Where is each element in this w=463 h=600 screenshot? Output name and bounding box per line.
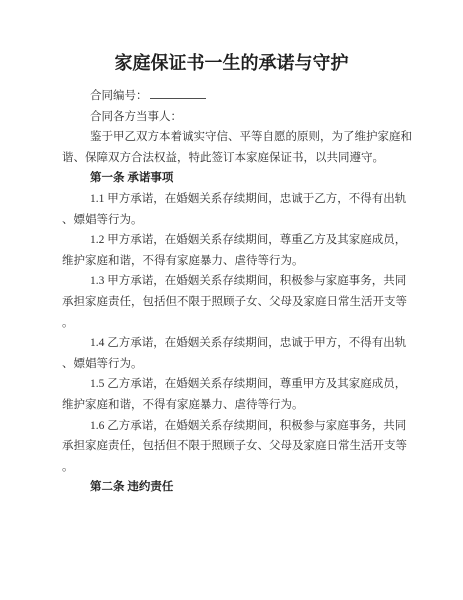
preamble-line: 谐、保障双方合法权益，特此签订本家庭保证书，以共同遵守。 xyxy=(62,148,410,169)
clause-line: 1.1 甲方承诺，在婚姻关系存续期间，忠诚于乙方，不得有出轨 xyxy=(62,189,410,210)
document-page: 家庭保证书一生的承诺与守护 合同编号： 合同各方当事人： 鉴于甲乙双方本着诚实守… xyxy=(0,0,463,600)
contract-number-label: 合同编号： xyxy=(90,90,148,102)
clause-line: 、嫖娼等行为。 xyxy=(62,210,410,231)
document-title: 家庭保证书一生的承诺与守护 xyxy=(0,52,463,75)
clause-line: 承担家庭责任，包括但不限于照顾子女、父母及家庭日常生活开支等 xyxy=(62,292,410,313)
contract-number-row: 合同编号： xyxy=(62,86,410,107)
clause-line: 、嫖娼等行为。 xyxy=(62,354,410,375)
section-2-heading: 第二条 违约责任 xyxy=(62,477,410,498)
contract-number-blank xyxy=(150,86,206,99)
clause-line: 1.2 甲方承诺，在婚姻关系存续期间，尊重乙方及其家庭成员， xyxy=(62,230,410,251)
clause-line: 维护家庭和谐，不得有家庭暴力、虐待等行为。 xyxy=(62,395,410,416)
clause-line: 1.5 乙方承诺，在婚姻关系存续期间，尊重甲方及其家庭成员， xyxy=(62,374,410,395)
preamble-line: 鉴于甲乙双方本着诚实守信、平等自愿的原则，为了维护家庭和 xyxy=(62,127,410,148)
clause-line: 。 xyxy=(62,457,410,478)
document-body: 合同编号： 合同各方当事人： 鉴于甲乙双方本着诚实守信、平等自愿的原则，为了维护… xyxy=(62,86,410,498)
clause-line: 1.6 乙方承诺，在婚姻关系存续期间，积极参与家庭事务，共同 xyxy=(62,416,410,437)
clause-line: 维护家庭和谐，不得有家庭暴力、虐待等行为。 xyxy=(62,251,410,272)
clause-line: 承担家庭责任，包括但不限于照顾子女、父母及家庭日常生活开支等 xyxy=(62,436,410,457)
clause-line: 1.4 乙方承诺，在婚姻关系存续期间，忠诚于甲方，不得有出轨 xyxy=(62,333,410,354)
section-1-heading: 第一条 承诺事项 xyxy=(62,168,410,189)
parties-label: 合同各方当事人： xyxy=(62,107,410,128)
clause-line: 1.3 甲方承诺，在婚姻关系存续期间，积极参与家庭事务，共同 xyxy=(62,271,410,292)
clause-line: 。 xyxy=(62,313,410,334)
